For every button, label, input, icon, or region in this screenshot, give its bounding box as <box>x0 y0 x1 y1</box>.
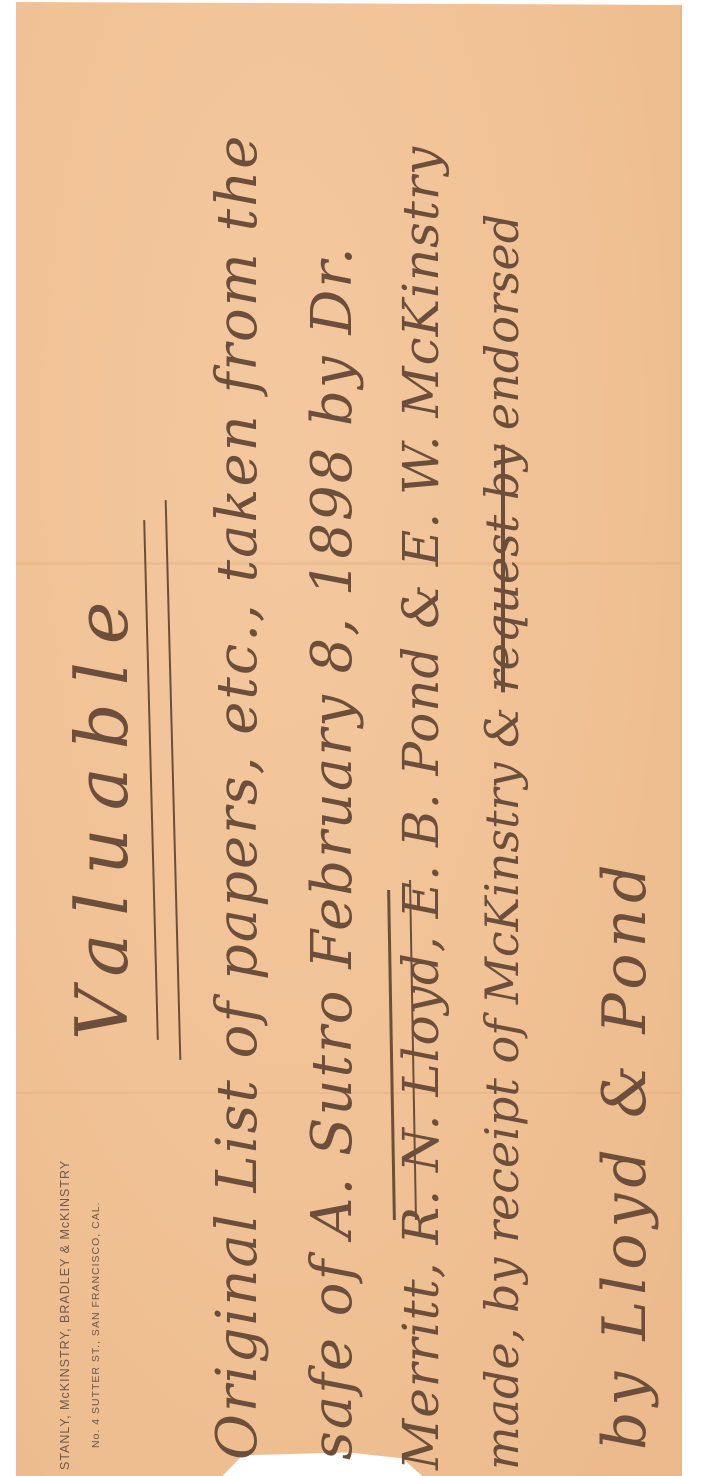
handwritten-line-3: Merritt, R. N. Lloyd, E. B. Pond & E. W.… <box>392 146 450 1470</box>
handwritten-line-1: Original List of papers, etc., taken fro… <box>205 134 270 1460</box>
return-address-street: No. 4 SUTTER ST., SAN FRANCISCO, CAL. <box>90 1202 102 1448</box>
handwritten-line-5: by Lloyd & Pond <box>590 858 660 1450</box>
endorsed-text: endorsed <box>475 214 529 430</box>
line-4-text: made, by receipt of McKinstry & <box>475 707 529 1470</box>
struck-text: request by <box>475 445 529 693</box>
handwritten-line-4: made, by receipt of McKinstry & request … <box>475 214 529 1470</box>
line-2-text: safe of A. Sutro February 8, 1898 by Dr. <box>300 245 365 1460</box>
heading-valuable: Valuable <box>60 584 144 1040</box>
return-address-firm: STANLY, McKINSTRY, BRADLEY & McKINSTRY <box>58 1160 72 1470</box>
handwritten-line-2: safe of A. Sutro February 8, 1898 by Dr. <box>300 245 365 1460</box>
